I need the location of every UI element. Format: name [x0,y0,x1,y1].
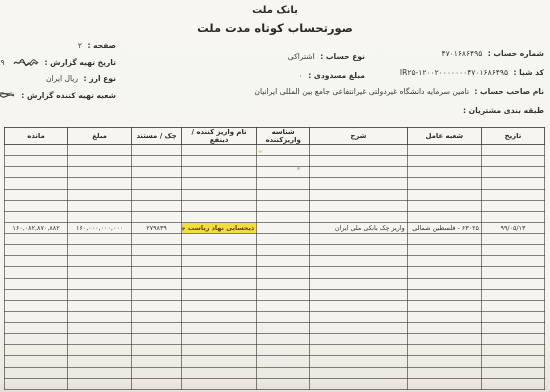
table-cell [481,289,544,300]
table-cell [181,200,256,211]
table-cell [407,289,481,300]
empty-table-row [5,356,545,367]
table-cell [310,345,408,356]
table-cell [310,334,408,345]
table-cell [132,278,182,289]
table-cell [132,245,182,256]
table-cell [481,156,544,167]
owner-value: تامین سرمایه دانشگاه غیردولتی غیرانتفاعی… [254,87,469,96]
table-cell: ۱۶۰,۰۰۰,۰۰۰,۰۰۰ [68,222,132,233]
col-header-description: شرح [310,128,408,145]
table-cell [407,334,481,345]
table-cell [310,356,408,367]
owner-label: نام صاحب حساب : [474,87,544,96]
table-cell [257,234,310,245]
table-cell [257,334,310,345]
table-cell [481,345,544,356]
bank-statement-document: بانک ملت صورتحساب کوتاه مدت ملت شماره حس… [0,0,550,392]
table-cell [181,289,256,300]
col-header-date: تاریخ [481,128,544,145]
table-cell [5,178,68,189]
table-cell [68,300,132,311]
table-cell [68,289,132,300]
table-cell [310,378,408,389]
table-cell [407,300,481,311]
table-cell [407,345,481,356]
col-header-depositor-name: نام واریز کننده / ذینفع [181,128,256,145]
empty-table-row [5,334,545,345]
table-cell [407,156,481,167]
table-cell [257,245,310,256]
table-cell [5,267,68,278]
table-cell [68,256,132,267]
table-cell [407,167,481,178]
table-cell [5,311,68,322]
page-number-value: ۲ [78,41,82,50]
report-branch-label: شعبه تهیه کننده گزارش : [21,91,116,100]
empty-table-row [5,234,545,245]
table-cell [132,345,182,356]
table-cell [257,356,310,367]
col-header-branch: شعبه عامل [407,128,481,145]
table-cell [68,345,132,356]
table-cell [68,356,132,367]
table-cell [181,334,256,345]
table-cell [257,167,310,178]
table-cell [407,311,481,322]
table-cell [257,345,310,356]
empty-table-row [5,300,545,311]
table-cell [407,200,481,211]
empty-table-row [5,289,545,300]
table-cell: ۶۳۰۲۵ - فلسطین شمالی [407,222,481,233]
table-cell [5,256,68,267]
table-cell [407,189,481,200]
table-cell [5,156,68,167]
table-cell [5,167,68,178]
table-cell [257,145,310,156]
table-cell [181,300,256,311]
table-cell [257,289,310,300]
table-cell [132,200,182,211]
table-cell [310,156,408,167]
empty-table-row [5,189,545,200]
empty-table-row [5,378,545,389]
table-cell [310,300,408,311]
table-cell [481,256,544,267]
table-cell [310,245,408,256]
account-type-label: نوع حساب : [320,52,365,61]
col-header-check-doc: چک / مستند [132,128,182,145]
empty-table-row [5,278,545,289]
pen-scribble-icon [0,90,16,101]
table-cell [181,323,256,334]
table-cell [310,256,408,267]
table-cell [132,289,182,300]
table-cell: ۱۶۰,۰۸۲,۸۷۰,۸۸۲ [5,222,68,233]
table-cell [5,334,68,345]
empty-table-row [5,345,545,356]
table-cell [257,300,310,311]
table-cell [257,311,310,322]
table-cell [132,356,182,367]
bank-title: بانک ملت [0,5,550,16]
blocked-amount-label: مبلغ مسدودی : [308,71,365,80]
table-cell [5,200,68,211]
statement-table: تاریخ شعبه عامل شرح شناسه واریزکننده نام… [4,127,545,390]
table-cell [132,323,182,334]
table-cell [481,356,544,367]
sheba-label: کد شبا : [513,68,544,77]
table-cell [68,245,132,256]
table-cell [310,289,408,300]
table-cell [257,156,310,167]
table-cell [481,311,544,322]
table-cell [181,256,256,267]
account-info-middle: نوع حساب : اشتراکی مبلغ مسدودی : ۰ [288,47,365,85]
report-info-left: صفحه : ۲ تاریخ تهیه گزارش : ۱۳۹۹ نوع ارز… [0,38,116,104]
table-cell [407,267,481,278]
table-cell [481,234,544,245]
empty-table-row [5,156,545,167]
table-cell [407,378,481,389]
table-cell [68,167,132,178]
table-cell [257,256,310,267]
currency-label: نوع ارز : [84,74,116,83]
table-cell [68,200,132,211]
currency-value: ریال ایران [46,74,78,83]
table-cell [132,378,182,389]
table-cell [132,267,182,278]
table-cell [68,156,132,167]
table-cell: ۹۹/۰۵/۱۳ [481,222,544,233]
table-cell [132,256,182,267]
table-cell [481,211,544,222]
empty-table-row [5,145,545,156]
table-cell: ذیحسابی نهاد ریاست جمهوری [181,222,256,233]
table-cell [5,289,68,300]
table-cell [310,200,408,211]
table-cell [181,167,256,178]
blocked-amount-row: مبلغ مسدودی : ۰ [288,66,365,85]
table-cell [481,145,544,156]
col-header-balance: مانده [5,128,68,145]
table-cell [481,300,544,311]
table-cell [481,334,544,345]
col-header-amount: مبلغ [68,128,132,145]
empty-table-row [5,200,545,211]
table-cell [481,178,544,189]
table-cell [181,189,256,200]
table-cell [5,367,68,378]
table-cell [68,234,132,245]
table-cell [132,300,182,311]
report-title: صورتحساب کوتاه مدت ملت [0,21,550,35]
table-cell [257,189,310,200]
account-type-row: نوع حساب : اشتراکی [288,47,365,66]
scan-artifact [297,167,300,170]
table-cell [5,278,68,289]
table-cell [181,311,256,322]
report-branch-row: شعبه تهیه کننده گزارش : [0,88,116,105]
table-cell [5,211,68,222]
table-cell [407,178,481,189]
sheba-value: IR۲۵-۱۲۰۰۲۰۰۰۰۰۰۰۴۷۰۱۶۸۶۴۹۵ [400,68,508,77]
table-cell [407,278,481,289]
table-cell [132,367,182,378]
account-number-value: ۴۷۰۱۶۸۶۴۹۵ [442,49,483,58]
table-cell [257,267,310,278]
table-cell [68,311,132,322]
table-cell [68,178,132,189]
table-cell: واریز چک بانکی ملی ایران [310,222,408,233]
table-cell [68,378,132,389]
table-cell [257,211,310,222]
table-cell [407,245,481,256]
table-cell [5,323,68,334]
table-cell [132,234,182,245]
table-cell [181,145,256,156]
table-cell [407,367,481,378]
table-cell [257,200,310,211]
table-cell [181,367,256,378]
table-cell [481,245,544,256]
table-cell [181,378,256,389]
table-cell [132,311,182,322]
table-cell [132,211,182,222]
table-cell [132,189,182,200]
table-cell [481,267,544,278]
table-cell [257,323,310,334]
table-cell [310,234,408,245]
col-header-depositor-id: شناسه واریزکننده [257,128,310,145]
pen-scribble-icon [13,58,39,67]
classification-row: طبقه بندی مشتریان : [254,101,544,120]
currency-row: نوع ارز : ریال ایران [0,71,116,88]
table-cell [5,356,68,367]
table-cell [310,178,408,189]
table-cell [310,145,408,156]
table-cell [181,278,256,289]
table-cell [5,189,68,200]
table-cell [5,345,68,356]
table-cell [5,378,68,389]
table-cell [310,267,408,278]
table-cell [5,245,68,256]
table-cell [407,145,481,156]
table-cell [257,278,310,289]
table-cell [310,189,408,200]
table-cell [68,145,132,156]
table-cell [132,145,182,156]
page-number-label: صفحه : [87,41,116,50]
table-header-row: تاریخ شعبه عامل شرح شناسه واریزکننده نام… [5,128,545,145]
table-cell [481,378,544,389]
account-type-value: اشتراکی [288,52,315,61]
table-cell [181,356,256,367]
table-cell [310,367,408,378]
table-cell [132,334,182,345]
report-date-label: تاریخ تهیه گزارش : [44,58,116,67]
empty-table-row [5,367,545,378]
table-cell [181,345,256,356]
table-cell [5,234,68,245]
table-cell [481,189,544,200]
table-cell [257,222,310,233]
table-cell [181,156,256,167]
statement-table-body: ۹۹/۰۵/۱۳۶۳۰۲۵ - فلسطین شمالیواریز چک بان… [5,145,545,390]
table-cell [257,178,310,189]
table-cell [310,323,408,334]
account-number-label: شماره حساب : [488,49,544,58]
table-cell [181,234,256,245]
table-cell [132,156,182,167]
blocked-amount-value: ۰ [299,71,303,80]
table-cell [181,178,256,189]
table-cell [68,189,132,200]
table-cell [68,267,132,278]
empty-table-row [5,311,545,322]
empty-table-row [5,211,545,222]
table-cell [481,167,544,178]
table-cell [181,267,256,278]
empty-table-row [5,267,545,278]
report-date-row: تاریخ تهیه گزارش : ۱۳۹۹ [0,55,116,72]
empty-table-row [5,323,545,334]
table-cell [407,234,481,245]
table-cell [68,334,132,345]
table-cell [481,323,544,334]
table-cell [68,323,132,334]
table-cell [132,178,182,189]
table-cell [481,367,544,378]
table-cell [68,211,132,222]
table-cell [407,256,481,267]
empty-table-row [5,256,545,267]
table-cell [310,167,408,178]
table-cell [310,278,408,289]
table-cell [481,278,544,289]
table-cell [132,167,182,178]
report-date-value: ۱۳۹۹ [0,58,5,67]
table-cell [407,356,481,367]
table-cell [5,300,68,311]
table-cell [68,278,132,289]
table-cell: ۲۷۹۸۳۹ [132,222,182,233]
table-cell [181,245,256,256]
table-cell [257,367,310,378]
table-cell [481,200,544,211]
empty-table-row [5,178,545,189]
transaction-row: ۹۹/۰۵/۱۳۶۳۰۲۵ - فلسطین شمالیواریز چک بان… [5,222,545,233]
empty-table-row [5,167,545,178]
table-cell [407,211,481,222]
table-cell [68,367,132,378]
table-cell [181,211,256,222]
table-cell [310,311,408,322]
table-cell [257,378,310,389]
scan-artifact [258,150,262,153]
table-cell [5,145,68,156]
table-cell [310,211,408,222]
table-cell [407,323,481,334]
classification-label: طبقه بندی مشتریان : [463,106,544,115]
page-number-row: صفحه : ۲ [0,38,116,55]
empty-table-row [5,245,545,256]
